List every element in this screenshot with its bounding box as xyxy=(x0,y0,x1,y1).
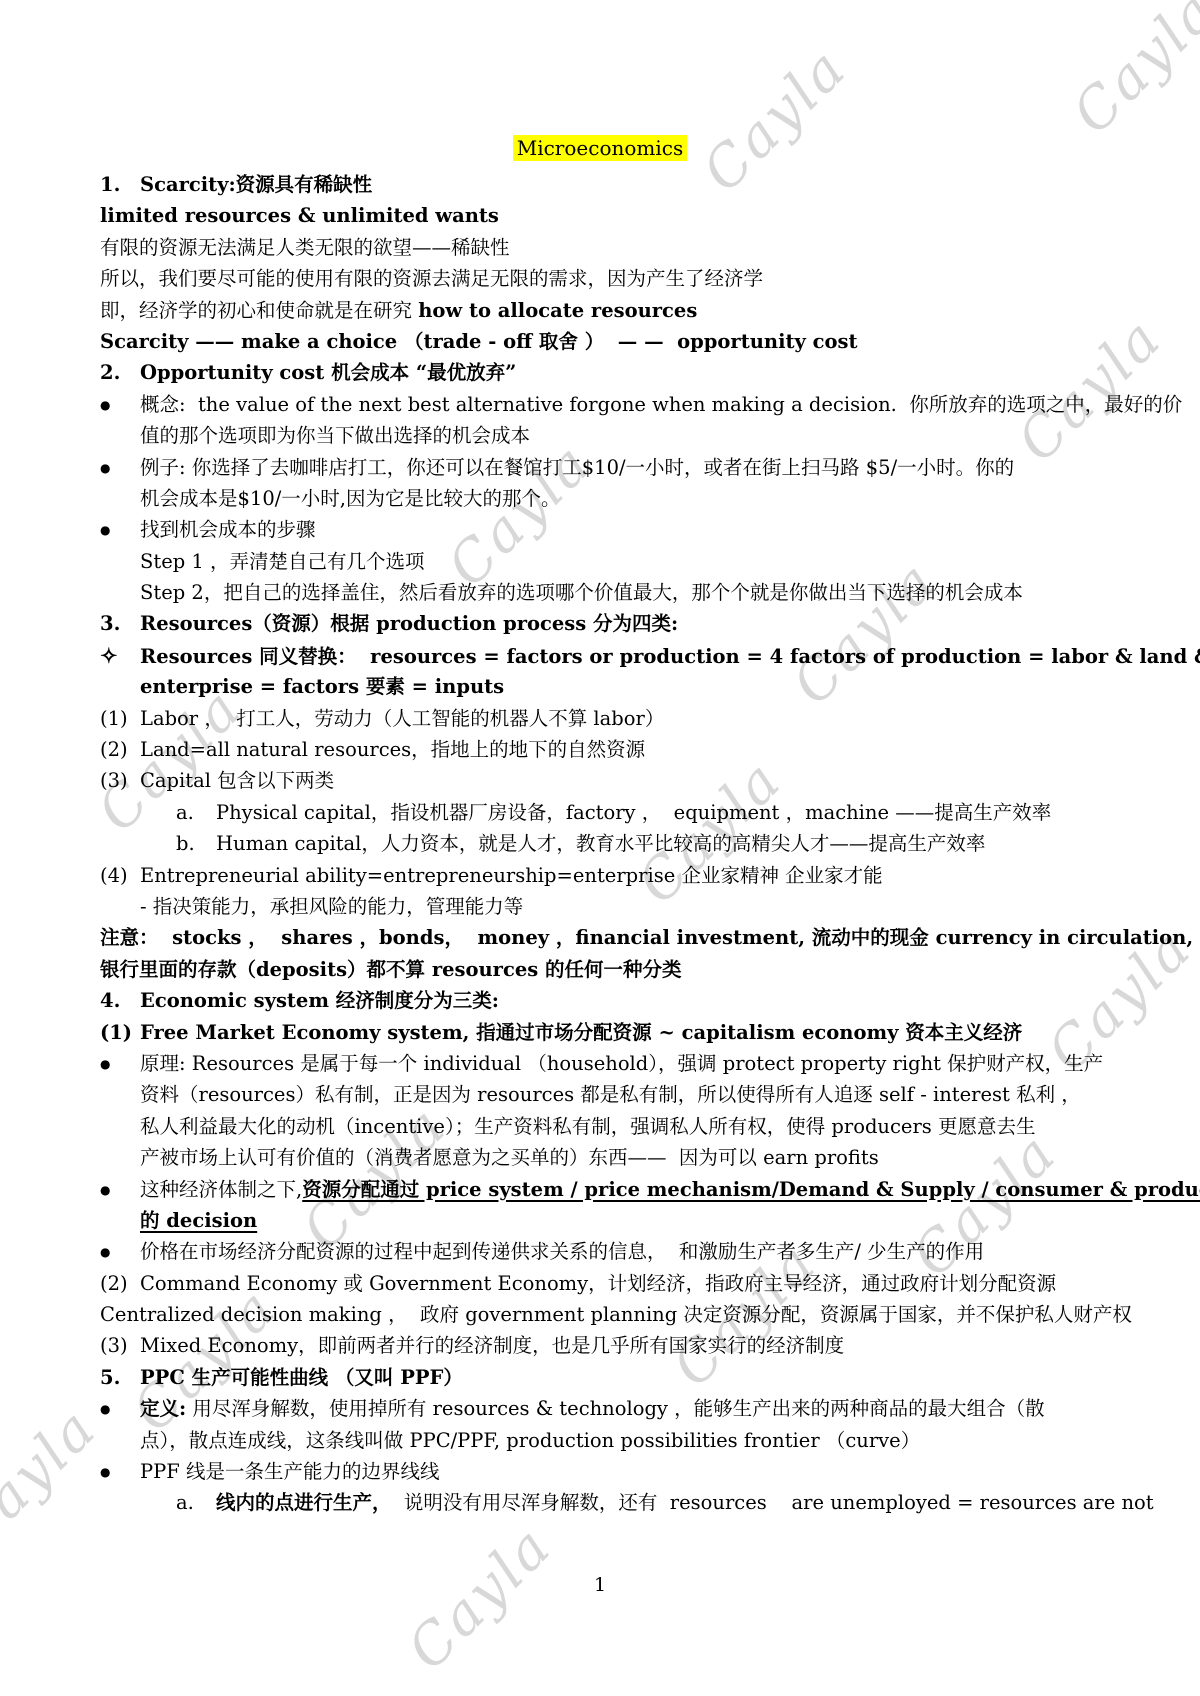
text-segment: 用尽浑身解数，使用掉所有 resources & technology ，能够生… xyxy=(186,1393,1044,1424)
text-segment: PPF 线是一条生产能力的边界线线 xyxy=(140,1456,439,1487)
doc-line: 私人利益最大化的动机（incentive）；生产资料私有制，强调私人所有权，使得… xyxy=(100,1111,1125,1142)
text-segment: Land=all natural resources，指地上的地下的自然资源 xyxy=(140,734,645,765)
doc-line: 2.Opportunity cost 机会成本 “最优放弃” xyxy=(100,357,1125,388)
text-segment: 概念: the value of the next best alternati… xyxy=(140,389,1182,420)
text-segment: 例子: 你选择了去咖啡店打工，你还可以在餐馆打工$10/一小时，或者在街上扫马路… xyxy=(140,452,1014,483)
text-segment: 价格在市场经济分配资源的过程中起到传递供求关系的信息， 和激励生产者多生产/ 少… xyxy=(140,1236,984,1267)
text-segment: Physical capital，指设机器厂房设备，factory ， equi… xyxy=(216,797,1051,828)
doc-line: 资料（resources）私有制，正是因为 resources 都是私有制，所以… xyxy=(100,1079,1125,1110)
text-segment: Opportunity cost 机会成本 “最优放弃” xyxy=(140,357,516,388)
page-title: Microeconomics xyxy=(513,135,688,161)
text-segment: Free Market Economy system, 指通过市场分配资源 ~ … xyxy=(140,1017,1022,1048)
list-marker: 3. xyxy=(100,608,140,639)
list-marker: ● xyxy=(100,1049,140,1080)
text-segment: 银行里面的存款（deposits）都不算 resources 的任何一种分类 xyxy=(100,954,682,985)
doc-line: ●找到机会成本的步骤 xyxy=(100,514,1125,545)
list-marker: ● xyxy=(100,390,140,421)
list-marker: 2. xyxy=(100,357,140,388)
doc-line: ●价格在市场经济分配资源的过程中起到传递供求关系的信息， 和激励生产者多生产/ … xyxy=(100,1236,1125,1267)
text-segment: how to allocate resources xyxy=(418,295,697,326)
text-segment: Scarcity —— make a choice （trade - off 取… xyxy=(100,326,857,357)
doc-line: 点），散点连成线，这条线叫做 PPC/PPF, production possi… xyxy=(100,1425,1125,1456)
doc-line: (2)Command Economy 或 Government Economy，… xyxy=(100,1268,1125,1299)
text-segment: 资料（resources）私有制，正是因为 resources 都是私有制，所以… xyxy=(140,1079,1081,1110)
text-segment: Human capital，人力资本，就是人才，教育水平比较高的高精尖人才——提… xyxy=(216,828,985,859)
doc-line: (3)Mixed Economy，即前两者并行的经济制度，也是几乎所有国家实行的… xyxy=(100,1330,1125,1361)
text-segment: Capital 包含以下两类 xyxy=(140,765,334,796)
list-marker: ● xyxy=(100,1457,140,1488)
text-segment: Scarcity:资源具有稀缺性 xyxy=(140,169,372,200)
text-segment: limited resources & unlimited wants xyxy=(100,200,499,231)
text-segment: 点），散点连成线，这条线叫做 PPC/PPF, production possi… xyxy=(140,1425,920,1456)
list-marker: (2) xyxy=(100,734,140,765)
doc-line: ✧Resources 同义替换： resources = factors or … xyxy=(100,640,1125,671)
text-segment: 的 decision xyxy=(140,1205,257,1236)
text-segment: 资源分配通过 price system / price mechanism/De… xyxy=(302,1174,1200,1205)
doc-line: Step 2，把自己的选择盖住，然后看放弃的选项哪个价值最大，那个个就是你做出当… xyxy=(100,577,1125,608)
text-segment: 值的那个选项即为你当下做出选择的机会成本 xyxy=(140,420,530,451)
list-marker: ● xyxy=(100,1237,140,1268)
list-marker: ✧ xyxy=(100,640,140,671)
text-segment: 线内的点进行生产， xyxy=(216,1487,392,1518)
doc-line: (1)Free Market Economy system, 指通过市场分配资源… xyxy=(100,1017,1125,1048)
watermark: Cayla xyxy=(1060,0,1200,147)
text-segment: 找到机会成本的步骤 xyxy=(140,514,316,545)
doc-line: 机会成本是$10/一小时,因为它是比较大的那个。 xyxy=(100,483,1125,514)
doc-line: limited resources & unlimited wants xyxy=(100,200,1125,231)
page-number: 1 xyxy=(0,1574,1200,1596)
list-marker: 4. xyxy=(100,985,140,1016)
doc-line: 4.Economic system 经济制度分为三类: xyxy=(100,985,1125,1016)
text-segment: Resources 同义替换： resources = factors or p… xyxy=(140,641,1200,672)
text-segment: 定义: xyxy=(140,1393,186,1424)
list-marker: a. xyxy=(176,1487,216,1518)
list-marker: b. xyxy=(176,828,216,859)
doc-line: b.Human capital，人力资本，就是人才，教育水平比较高的高精尖人才—… xyxy=(100,828,1125,859)
doc-line: ●PPF 线是一条生产能力的边界线线 xyxy=(100,1456,1125,1487)
text-segment: Economic system 经济制度分为三类: xyxy=(140,985,499,1016)
doc-line: 有限的资源无法满足人类无限的欲望——稀缺性 xyxy=(100,232,1125,263)
text-segment: 机会成本是$10/一小时,因为它是比较大的那个。 xyxy=(140,483,561,514)
doc-line: enterprise = factors 要素 = inputs xyxy=(100,671,1125,702)
text-segment: 说明没有用尽浑身解数，还有 resources are unemployed =… xyxy=(392,1487,1154,1518)
doc-line: 注意： stocks ， shares ，bonds， money ，finan… xyxy=(100,922,1125,953)
list-marker: ● xyxy=(100,1394,140,1425)
doc-line: 值的那个选项即为你当下做出选择的机会成本 xyxy=(100,420,1125,451)
doc-line: ●例子: 你选择了去咖啡店打工，你还可以在餐馆打工$10/一小时，或者在街上扫马… xyxy=(100,452,1125,483)
list-marker: (1) xyxy=(100,703,140,734)
doc-line: 1.Scarcity:资源具有稀缺性 xyxy=(100,169,1125,200)
doc-line: ●概念: the value of the next best alternat… xyxy=(100,389,1125,420)
text-segment: 原理: Resources 是属于每一个 individual （househo… xyxy=(140,1048,1103,1079)
doc-line: (1)Labor ， 打工人，劳动力（人工智能的机器人不算 labor） xyxy=(100,703,1125,734)
text-segment: 即，经济学的初心和使命就是在研究 xyxy=(100,295,418,326)
text-segment: 这种经济体制之下, xyxy=(140,1174,302,1205)
list-marker: ● xyxy=(100,515,140,546)
doc-line: Scarcity —— make a choice （trade - off 取… xyxy=(100,326,1125,357)
watermark: Cayla xyxy=(0,1395,110,1564)
doc-line: ●这种经济体制之下,资源分配通过 price system / price me… xyxy=(100,1174,1125,1205)
doc-line: 银行里面的存款（deposits）都不算 resources 的任何一种分类 xyxy=(100,954,1125,985)
text-segment: 注意： stocks ， shares ，bonds， money ，finan… xyxy=(100,922,1200,953)
list-marker: (4) xyxy=(100,860,140,891)
doc-line: - 指决策能力，承担风险的能力，管理能力等 xyxy=(100,891,1125,922)
text-segment: Step 1 ，弄清楚自己有几个选项 xyxy=(140,546,425,577)
doc-line: 3.Resources（资源）根据 production process 分为四… xyxy=(100,608,1125,639)
list-marker: (3) xyxy=(100,1330,140,1361)
list-marker: 1. xyxy=(100,169,140,200)
doc-line: (4)Entrepreneurial ability=entrepreneurs… xyxy=(100,860,1125,891)
doc-line: a.Physical capital，指设机器厂房设备，factory ， eq… xyxy=(100,797,1125,828)
list-marker: ● xyxy=(100,1175,140,1206)
doc-line: (3)Capital 包含以下两类 xyxy=(100,765,1125,796)
text-segment: 产被市场上认可有价值的（消费者愿意为之买单的）东西—— 因为可以 earn pr… xyxy=(140,1142,879,1173)
title-row: Microeconomics xyxy=(0,136,1200,160)
text-segment: 私人利益最大化的动机（incentive）；生产资料私有制，强调私人所有权，使得… xyxy=(140,1111,1035,1142)
doc-line: Step 1 ，弄清楚自己有几个选项 xyxy=(100,546,1125,577)
text-segment: Centralized decision making ， 政府 governm… xyxy=(100,1299,1132,1330)
doc-line: Centralized decision making ， 政府 governm… xyxy=(100,1299,1125,1330)
text-segment: 有限的资源无法满足人类无限的欲望——稀缺性 xyxy=(100,232,510,263)
text-segment: Step 2，把自己的选择盖住，然后看放弃的选项哪个价值最大，那个个就是你做出当… xyxy=(140,577,1023,608)
doc-line: 即，经济学的初心和使命就是在研究 how to allocate resourc… xyxy=(100,295,1125,326)
text-segment: Mixed Economy，即前两者并行的经济制度，也是几乎所有国家实行的经济制… xyxy=(140,1330,844,1361)
doc-line: a.线内的点进行生产， 说明没有用尽浑身解数，还有 resources are … xyxy=(100,1487,1125,1518)
list-marker: a. xyxy=(176,797,216,828)
text-segment: Command Economy 或 Government Economy，计划经… xyxy=(140,1268,1056,1299)
doc-line: ●定义: 用尽浑身解数，使用掉所有 resources & technology… xyxy=(100,1393,1125,1424)
list-marker: (1) xyxy=(100,1017,140,1048)
doc-line: 所以，我们要尽可能的使用有限的资源去满足无限的需求，因为产生了经济学 xyxy=(100,263,1125,294)
doc-line: (2)Land=all natural resources，指地上的地下的自然资… xyxy=(100,734,1125,765)
list-marker: ● xyxy=(100,453,140,484)
document-body: 1.Scarcity:资源具有稀缺性limited resources & un… xyxy=(100,169,1125,1519)
list-marker: (2) xyxy=(100,1268,140,1299)
text-segment: Labor ， 打工人，劳动力（人工智能的机器人不算 labor） xyxy=(140,703,664,734)
doc-line: 产被市场上认可有价值的（消费者愿意为之买单的）东西—— 因为可以 earn pr… xyxy=(100,1142,1125,1173)
doc-line: 的 decision xyxy=(100,1205,1125,1236)
list-marker: 5. xyxy=(100,1362,140,1393)
doc-line: ●原理: Resources 是属于每一个 individual （househ… xyxy=(100,1048,1125,1079)
document-page: Cayla Cayla Cayla Cayla Cayla Cayla Cayl… xyxy=(0,0,1200,1696)
text-segment: - 指决策能力，承担风险的能力，管理能力等 xyxy=(140,891,523,922)
text-segment: PPC 生产可能性曲线 （又叫 PPF） xyxy=(140,1362,463,1393)
list-marker: (3) xyxy=(100,765,140,796)
text-segment: Entrepreneurial ability=entrepreneurship… xyxy=(140,860,883,891)
text-segment: 所以，我们要尽可能的使用有限的资源去满足无限的需求，因为产生了经济学 xyxy=(100,263,763,294)
text-segment: enterprise = factors 要素 = inputs xyxy=(140,671,504,702)
watermark: Cayla xyxy=(395,1513,564,1682)
text-segment: Resources（资源）根据 production process 分为四类: xyxy=(140,608,678,639)
doc-line: 5.PPC 生产可能性曲线 （又叫 PPF） xyxy=(100,1362,1125,1393)
